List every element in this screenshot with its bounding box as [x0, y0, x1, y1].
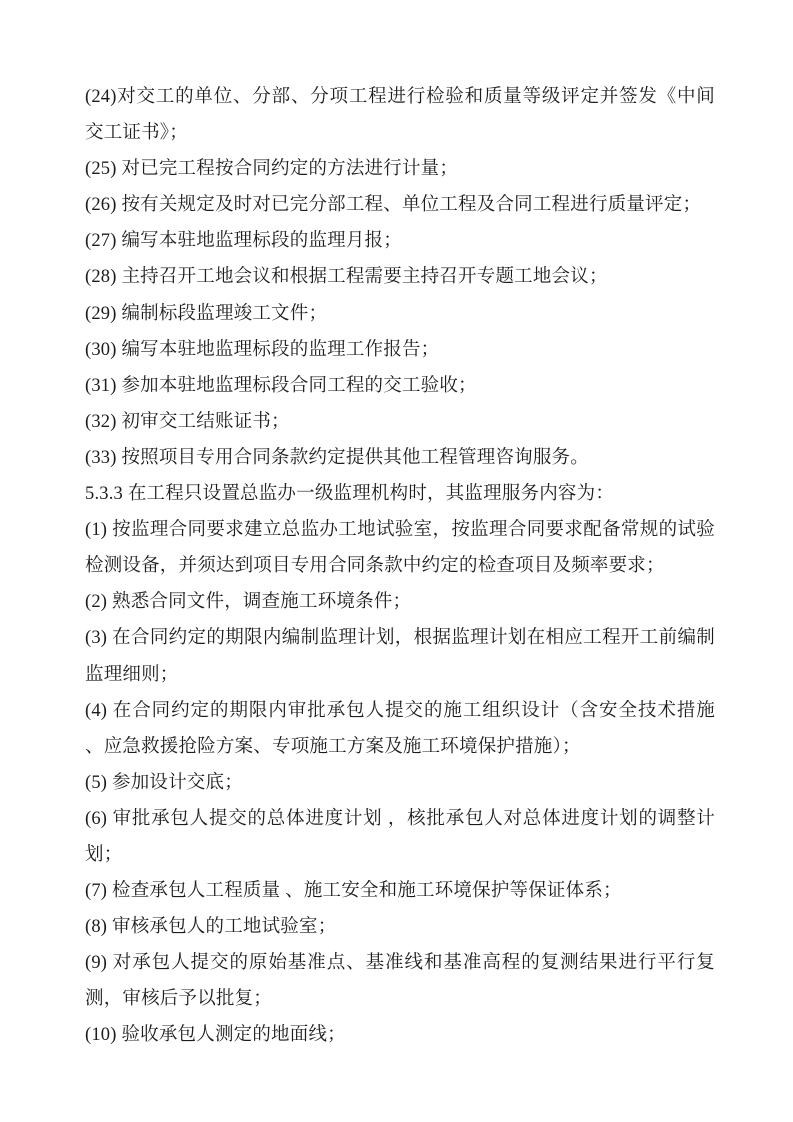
list-item-24: (24)对交工的单位、分部、分项工程进行检验和质量等级评定并签发《中间交工证书》…	[85, 79, 715, 151]
list-item-31: (31) 参加本驻地监理标段合同工程的交工验收；	[85, 368, 715, 404]
list-item-28: (28) 主持召开工地会议和根据工程需要主持召开专题工地会议；	[85, 259, 715, 295]
list-item-3: (3) 在合同约定的期限内编制监理计划，根据监理计划在相应工程开工前编制监理细则…	[85, 620, 715, 692]
list-item-6: (6) 审批承包人提交的总体进度计划 ，核批承包人对总体进度计划的调整计划；	[85, 801, 715, 873]
list-item-26: (26) 按有关规定及时对已完分部工程、单位工程及合同工程进行质量评定；	[85, 187, 715, 223]
list-item-10: (10) 验收承包人测定的地面线；	[85, 1017, 715, 1053]
list-item-29: (29) 编制标段监理竣工文件；	[85, 296, 715, 332]
list-item-32: (32) 初审交工结账证书；	[85, 404, 715, 440]
list-item-25: (25) 对已完工程按合同约定的方法进行计量；	[85, 151, 715, 187]
document-page: (24)对交工的单位、分部、分项工程进行检验和质量等级评定并签发《中间交工证书》…	[0, 0, 793, 1122]
list-item-5: (5) 参加设计交底；	[85, 765, 715, 801]
list-item-33: (33) 按照项目专用合同条款约定提供其他工程管理咨询服务。	[85, 440, 715, 476]
list-item-1: (1) 按监理合同要求建立总监办工地试验室，按监理合同要求配备常规的试验检测设备…	[85, 512, 715, 584]
list-item-2: (2) 熟悉合同文件，调查施工环境条件；	[85, 584, 715, 620]
list-item-9: (9) 对承包人提交的原始基准点、基准线和基准高程的复测结果进行平行复测，审核后…	[85, 945, 715, 1017]
list-item-8: (8) 审核承包人的工地试验室；	[85, 909, 715, 945]
document-body: (24)对交工的单位、分部、分项工程进行检验和质量等级评定并签发《中间交工证书》…	[85, 79, 715, 1054]
list-item-27: (27) 编写本驻地监理标段的监理月报；	[85, 223, 715, 259]
list-item-30: (30) 编写本驻地监理标段的监理工作报告；	[85, 332, 715, 368]
list-item-7: (7) 检查承包人工程质量 、施工安全和施工环境保护等保证体系；	[85, 873, 715, 909]
section-heading-5-3-3: 5.3.3 在工程只设置总监办一级监理机构时，其监理服务内容为：	[85, 476, 715, 512]
list-item-4: (4) 在合同约定的期限内审批承包人提交的施工组织设计（含安全技术措施 、应急救…	[85, 693, 715, 765]
